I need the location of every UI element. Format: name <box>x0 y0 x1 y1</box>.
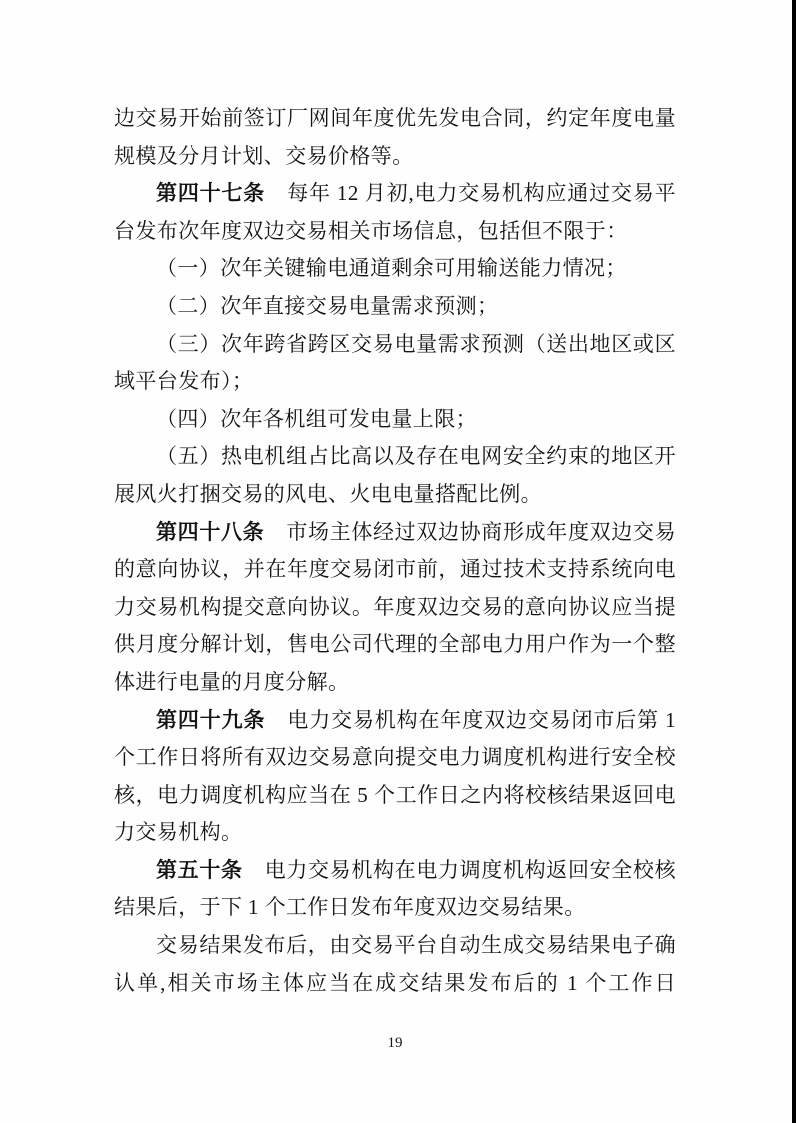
text-line: 个工作日将所有双边交易意向提交电力调度机构进行安全校 <box>114 739 676 777</box>
page-number: 19 <box>114 1033 676 1053</box>
text-line: 域平台发布）； <box>114 363 676 401</box>
text-line: 第五十条电力交易机构在电力调度机构返回安全校核 <box>114 852 676 890</box>
text-line: （二）次年直接交易电量需求预测； <box>114 288 676 326</box>
line-text: （三）次年跨省跨区交易电量需求预测（送出地区或区 <box>156 332 676 356</box>
text-line: 边交易开始前签订厂网间年度优先发电合同，约定年度电量 <box>114 100 676 138</box>
article-heading: 第五十条 <box>156 858 243 882</box>
text-line: 供月度分解计划，售电公司代理的全部电力用户作为一个整 <box>114 626 676 664</box>
line-text: 规模及分月计划、交易价格等。 <box>114 144 414 168</box>
line-text: 的意向协议，并在年度交易闭市前，通过技术支持系统向电 <box>114 557 676 581</box>
text-line: （四）次年各机组可发电量上限； <box>114 401 676 439</box>
scan-edge-line <box>792 0 796 1123</box>
line-text: 核，电力调度机构应当在 5 个工作日之内将校核结果返回电 <box>114 783 676 807</box>
text-line: 力交易机构。 <box>114 814 676 852</box>
document-body: 边交易开始前签订厂网间年度优先发电合同，约定年度电量规模及分月计划、交易价格等。… <box>114 100 676 1002</box>
text-line: （一）次年关键输电通道剩余可用输送能力情况； <box>114 250 676 288</box>
line-text: 台发布次年度双边交易相关市场信息，包括但不限于： <box>114 219 628 243</box>
line-text: 电力交易机构在年度双边交易闭市后第 1 <box>287 708 676 732</box>
line-text: 认单,相关市场主体应当在成交结果发布后的 1 个工作日内， <box>114 971 676 1003</box>
text-line: 结果后，于下 1 个工作日发布年度双边交易结果。 <box>114 889 676 927</box>
line-text: 域平台发布）； <box>114 369 253 393</box>
line-text: 展风火打捆交易的风电、火电电量搭配比例。 <box>114 482 542 506</box>
line-text: （四）次年各机组可发电量上限； <box>156 407 477 431</box>
line-text: （一）次年关键输电通道剩余可用输送能力情况； <box>156 256 627 280</box>
line-text: 力交易机构提交意向协议。年度双边交易的意向协议应当提 <box>114 595 676 619</box>
line-text: 结果后，于下 1 个工作日发布年度双边交易结果。 <box>114 895 586 919</box>
text-line: 的意向协议，并在年度交易闭市前，通过技术支持系统向电 <box>114 551 676 589</box>
line-text: 边交易开始前签订厂网间年度优先发电合同，约定年度电量 <box>114 106 676 130</box>
text-line: 核，电力调度机构应当在 5 个工作日之内将校核结果返回电 <box>114 777 676 815</box>
article-heading: 第四十七条 <box>156 181 265 205</box>
line-text: 力交易机构。 <box>114 820 242 844</box>
line-text: 供月度分解计划，售电公司代理的全部电力用户作为一个整 <box>114 632 676 656</box>
text-line: 体进行电量的月度分解。 <box>114 664 676 702</box>
text-line: 交易结果发布后，由交易平台自动生成交易结果电子确 <box>114 927 676 965</box>
text-line: 规模及分月计划、交易价格等。 <box>114 138 676 176</box>
text-line: （五）热电机组占比高以及存在电网安全约束的地区开 <box>114 438 676 476</box>
document-page: 边交易开始前签订厂网间年度优先发电合同，约定年度电量规模及分月计划、交易价格等。… <box>0 0 796 1123</box>
text-line: 力交易机构提交意向协议。年度双边交易的意向协议应当提 <box>114 589 676 627</box>
line-text: 个工作日将所有双边交易意向提交电力调度机构进行安全校 <box>114 745 676 769</box>
line-text: 电力交易机构在电力调度机构返回安全校核 <box>265 858 676 882</box>
line-text: 交易结果发布后，由交易平台自动生成交易结果电子确 <box>156 933 676 957</box>
line-text: 体进行电量的月度分解。 <box>114 670 349 694</box>
text-line: 第四十七条每年 12 月初,电力交易机构应通过交易平 <box>114 175 676 213</box>
article-heading: 第四十九条 <box>156 708 265 732</box>
text-line: （三）次年跨省跨区交易电量需求预测（送出地区或区 <box>114 326 676 364</box>
article-heading: 第四十八条 <box>156 520 264 544</box>
text-line: 展风火打捆交易的风电、火电电量搭配比例。 <box>114 476 676 514</box>
text-line: 第四十九条电力交易机构在年度双边交易闭市后第 1 <box>114 702 676 740</box>
line-text: （二）次年直接交易电量需求预测； <box>156 294 498 318</box>
line-text: 市场主体经过双边协商形成年度双边交易 <box>286 520 676 544</box>
line-text: （五）热电机组占比高以及存在电网安全约束的地区开 <box>156 444 676 468</box>
text-line: 第四十八条市场主体经过双边协商形成年度双边交易 <box>114 514 676 552</box>
text-line: 认单,相关市场主体应当在成交结果发布后的 1 个工作日内， <box>114 965 676 1003</box>
text-line: 台发布次年度双边交易相关市场信息，包括但不限于： <box>114 213 676 251</box>
line-text: 每年 12 月初,电力交易机构应通过交易平 <box>287 181 676 205</box>
